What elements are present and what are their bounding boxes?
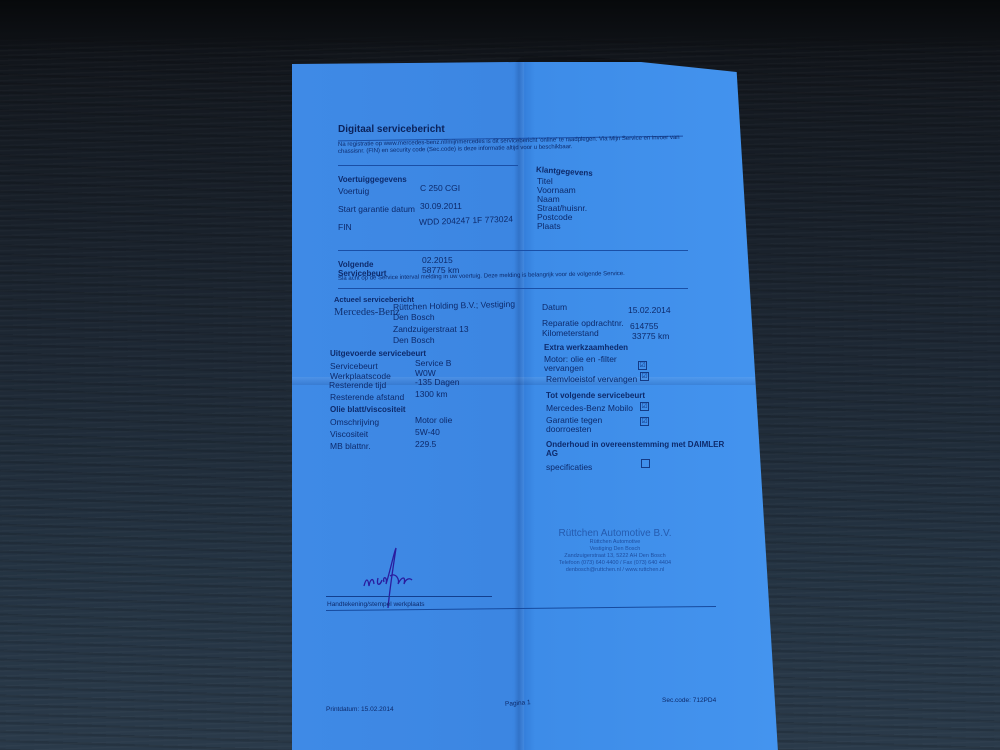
customer-field-city: Plaats	[537, 221, 561, 231]
print-date: Printdatum: 15.02.2014	[326, 706, 394, 713]
dealer-line-3: Zandzuigerstraat 13	[393, 324, 469, 334]
extra-work-item-2-label: Remvloeistof vervangen	[546, 374, 637, 384]
specifications-label: specificaties	[546, 462, 592, 472]
oil-heading: Olie blatt/viscositeit	[330, 405, 406, 414]
viscosity-value: 5W-40	[415, 427, 440, 437]
fin-label: FIN	[338, 222, 352, 232]
vehicle-label: Voertuig	[338, 186, 369, 196]
date-label: Datum	[542, 302, 567, 312]
document-title: Digitaal servicebericht	[338, 124, 445, 135]
extra-work-item-2-checkbox[interactable]: ☑	[640, 372, 649, 381]
dealer-stamp-line-2: Vestiging Den Bosch	[530, 546, 700, 553]
rust-warranty-checkbox[interactable]: ☑	[640, 417, 649, 426]
signature-label: Handtekening/stempel werkplaats	[327, 601, 425, 608]
next-service-date: 02.2015	[422, 255, 453, 265]
dealer-stamp-line-3: Zandzuigerstraat 13, 5222 AH Den Bosch	[530, 553, 700, 560]
viscosity-label: Viscositeit	[330, 429, 368, 439]
odometer-label: Kilometerstand	[542, 328, 599, 338]
service-report-sheet: Digitaal servicebericht Na registratie o…	[292, 62, 778, 750]
warranty-start-label: Start garantie datum	[338, 204, 415, 214]
remaining-time-label: Resterende tijd	[329, 380, 386, 390]
mercedes-benz-wordmark: Mercedes-Benz	[334, 307, 400, 318]
performed-service-heading: Uitgevoerde servicebeurt	[330, 349, 426, 358]
extra-work-item-1-line2: vervangen	[544, 363, 584, 373]
extra-work-item-1-checkbox[interactable]: ☑	[638, 361, 647, 370]
extra-work-heading: Extra werkzaamheden	[544, 343, 628, 352]
dealer-stamp: Rüttchen Automotive B.V. Rüttchen Automo…	[530, 528, 700, 574]
page-number: Pagina 1	[505, 699, 531, 708]
mb-sheet-number-label: MB blattnr.	[330, 441, 371, 451]
daimler-heading-line1: Onderhoud in overeenstemming met DAIMLER	[546, 440, 724, 449]
dealer-line-2: Den Bosch	[393, 312, 435, 322]
remaining-time-value: -135 Dagen	[415, 377, 459, 387]
service-type-value: Service B	[415, 358, 451, 368]
remaining-distance-value: 1300 km	[415, 389, 448, 399]
specifications-checkbox[interactable]	[641, 459, 650, 468]
section-rule-1	[338, 250, 688, 251]
order-number-label: Reparatie opdrachtnr.	[542, 318, 624, 328]
rust-warranty-line2: doorroesten	[546, 424, 591, 434]
mb-sheet-number-value: 229.5	[415, 439, 436, 449]
dealer-stamp-line-1: Rüttchen Automotive	[530, 539, 700, 546]
dealer-stamp-line-5: denbosch@ruttchen.nl / www.ruttchen.nl	[530, 567, 700, 574]
warranty-start-value: 30.09.2011	[420, 201, 462, 211]
until-next-heading: Tot volgende servicebeurt	[546, 391, 645, 400]
section-rule-2	[338, 288, 688, 289]
oil-description-value: Motor olie	[415, 415, 452, 425]
header-rule-left	[338, 165, 518, 166]
vehicle-value: C 250 CGI	[420, 183, 460, 193]
date-value: 15.02.2014	[628, 305, 671, 315]
dealer-stamp-line-4: Telefoon (073) 640 4400 / Fax (073) 640 …	[530, 560, 700, 567]
vehicle-heading: Voertuiggegevens	[338, 175, 407, 184]
mobilo-checkbox[interactable]: ☑	[640, 402, 649, 411]
signature-line	[326, 596, 492, 597]
security-code: Sec.code: 712PD4	[662, 697, 716, 704]
remaining-distance-label: Resterende afstand	[330, 392, 404, 402]
dealer-line-1: Rüttchen Holding B.V.; Vestiging	[393, 299, 515, 312]
mobilo-label: Mercedes-Benz Mobilo	[546, 403, 633, 413]
daimler-heading-line2: AG	[546, 449, 558, 458]
order-number-value: 614755	[630, 321, 658, 331]
table-edge-shadow	[0, 0, 1000, 50]
service-type-label: Servicebeurt	[330, 361, 378, 371]
oil-description-label: Omschrijving	[330, 417, 379, 427]
fin-value: WDD 204247 1F 773024	[419, 214, 513, 227]
dealer-stamp-name: Rüttchen Automotive B.V.	[530, 528, 700, 539]
dealer-line-4: Den Bosch	[393, 335, 435, 345]
odometer-value: 33775 km	[632, 331, 669, 341]
next-service-label-1: Volgende	[338, 260, 373, 269]
